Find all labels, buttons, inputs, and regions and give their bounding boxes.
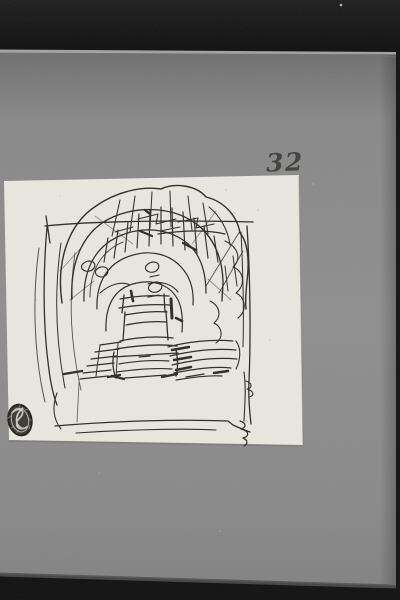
grain-overlay: [0, 0, 400, 600]
photo-scene: 32: [0, 0, 400, 600]
archival-photograph: 32: [0, 0, 400, 600]
